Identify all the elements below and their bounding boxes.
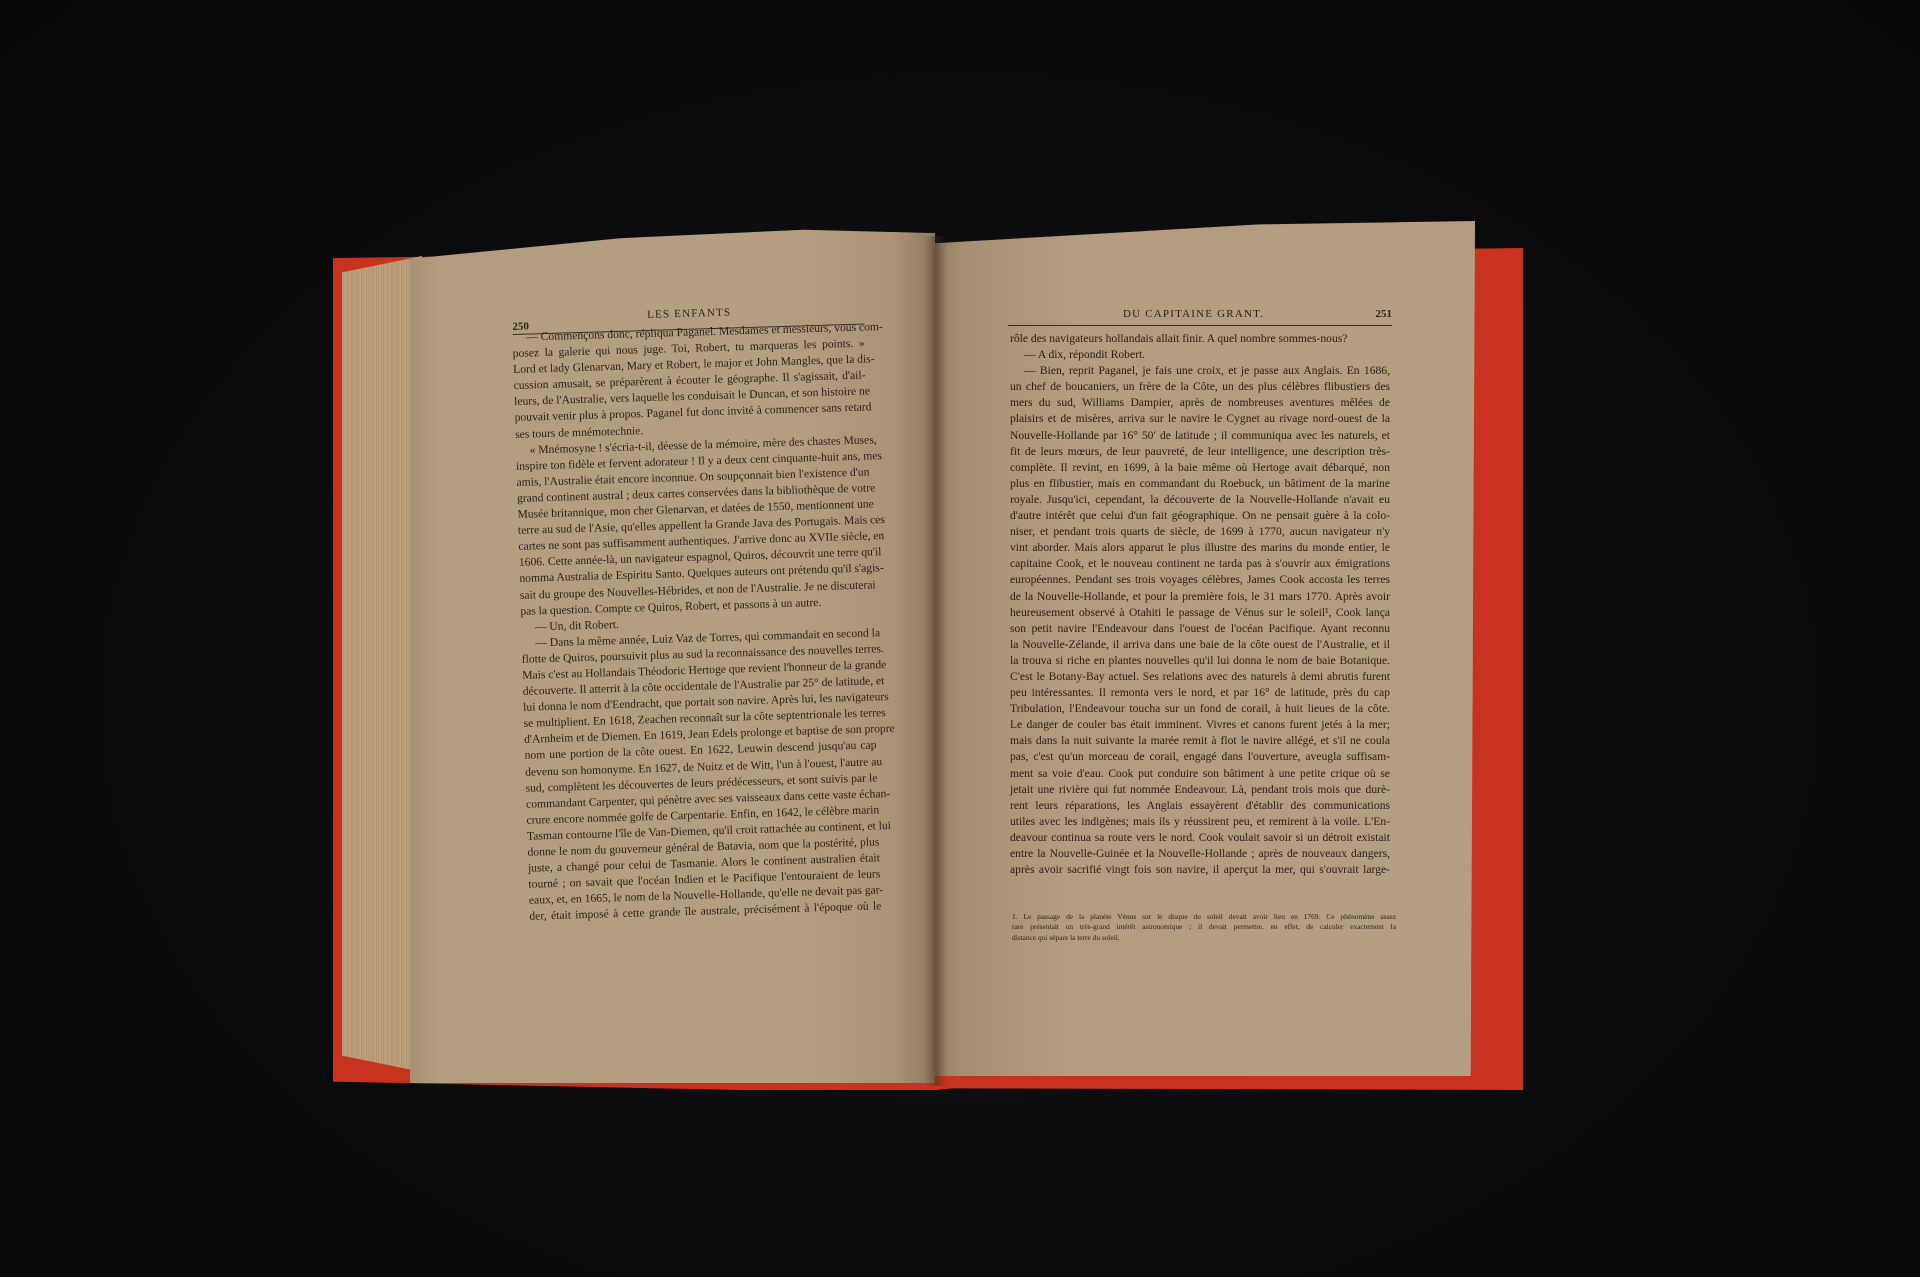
- text-line: rent leurs réparations, les Anglais essa…: [1010, 798, 1390, 814]
- footnote: 1. Le passage de la planète Vénus sur le…: [1012, 912, 1396, 943]
- text-line: capitaine Cook, et le nouveau continent …: [1010, 556, 1390, 572]
- text-line: — A dix, répondit Robert.: [1010, 347, 1390, 363]
- text-line: peu intéressantes. Il remonta vers le no…: [1010, 685, 1390, 701]
- text-line: Nouvelle-Hollande par 16° 50′ de latitud…: [1010, 428, 1390, 444]
- text-line: rôle des navigateurs hollandais allait f…: [1010, 331, 1390, 347]
- text-line: ment sa voie d'eau. Cook put conduire so…: [1010, 766, 1390, 782]
- right-page-header: DU CAPITAINE GRANT. 251: [1008, 308, 1392, 330]
- footnote-line: 1. Le passage de la planète Vénus sur le…: [1012, 912, 1396, 922]
- text-line: deavour continua sa route vers le nord. …: [1010, 830, 1390, 846]
- right-running-head: DU CAPITAINE GRANT.: [1123, 308, 1264, 320]
- text-line: fit de leurs mœurs, de leur pauvreté, de…: [1010, 444, 1390, 460]
- text-line: mers du sud, Williams Dampier, après de …: [1010, 395, 1390, 411]
- text-line: utiles avec les indigènes; mais ils y ré…: [1010, 814, 1390, 830]
- text-line: un chef de boucaniers, un frère de la Cô…: [1010, 379, 1390, 395]
- right-page-number: 251: [1376, 308, 1393, 320]
- left-page-body: — Commençons donc, répliqua Paganel. Mes…: [512, 320, 882, 926]
- header-rule: [1008, 325, 1392, 326]
- text-line: son petit navire l'Endeavour dans l'oues…: [1010, 621, 1390, 637]
- book-gutter: [925, 236, 947, 1086]
- text-line: la Nouvelle-Zélande, il arriva dans une …: [1010, 637, 1390, 653]
- text-line: européennes. Pendant ses trois voyages c…: [1010, 572, 1390, 588]
- text-line: complète. Il revint, en 1699, à la baie …: [1010, 460, 1390, 476]
- text-line: jetait une rivière qui fut nommée Endeav…: [1010, 782, 1390, 798]
- text-line: heureusement observé à Otahiti le passag…: [1010, 605, 1390, 621]
- text-line: vint aborder. Mais alors apparut le plus…: [1010, 540, 1390, 556]
- text-line: mais dans la nuit suivante la marée remi…: [1010, 733, 1390, 749]
- footnote-line: rare présentait un très-grand intérêt as…: [1012, 922, 1396, 932]
- text-line: — Bien, reprit Paganel, je fais une croi…: [1010, 363, 1390, 379]
- text-line: plus en flibustier, mais en commandant d…: [1010, 476, 1390, 492]
- text-line: pas, c'est qu'un morceau de corail, enga…: [1010, 749, 1390, 765]
- text-line: Tribulation, l'Endeavour toucha sur un f…: [1010, 701, 1390, 717]
- text-line: après avoir sacrifié vingt fois son navi…: [1010, 862, 1390, 878]
- right-page-body: rôle des navigateurs hollandais allait f…: [1010, 331, 1390, 878]
- left-running-head: LES ENFANTS: [647, 306, 732, 320]
- text-line: niser, et pendant trois quarts de siècle…: [1010, 524, 1390, 540]
- text-line: de la Nouvelle-Hollande, et pour la prem…: [1010, 589, 1390, 605]
- text-line: C'est le Botany-Bay actuel. Ses relation…: [1010, 669, 1390, 685]
- text-line: la trouva si riche en plantes nouvelles …: [1010, 653, 1390, 669]
- text-line: entre la Nouvelle-Guinée et la Nouvelle-…: [1010, 846, 1390, 862]
- text-line: Le danger de couler bas était imminent. …: [1010, 717, 1390, 733]
- text-line: plaisirs et de misères, arriva sur le na…: [1010, 411, 1390, 427]
- text-line: d'autre intérêt que celui d'un fait géog…: [1010, 508, 1390, 524]
- text-line: royale. Jusqu'ici, cependant, la découve…: [1010, 492, 1390, 508]
- footnote-line: distance qui sépare la terre du soleil.: [1012, 933, 1396, 943]
